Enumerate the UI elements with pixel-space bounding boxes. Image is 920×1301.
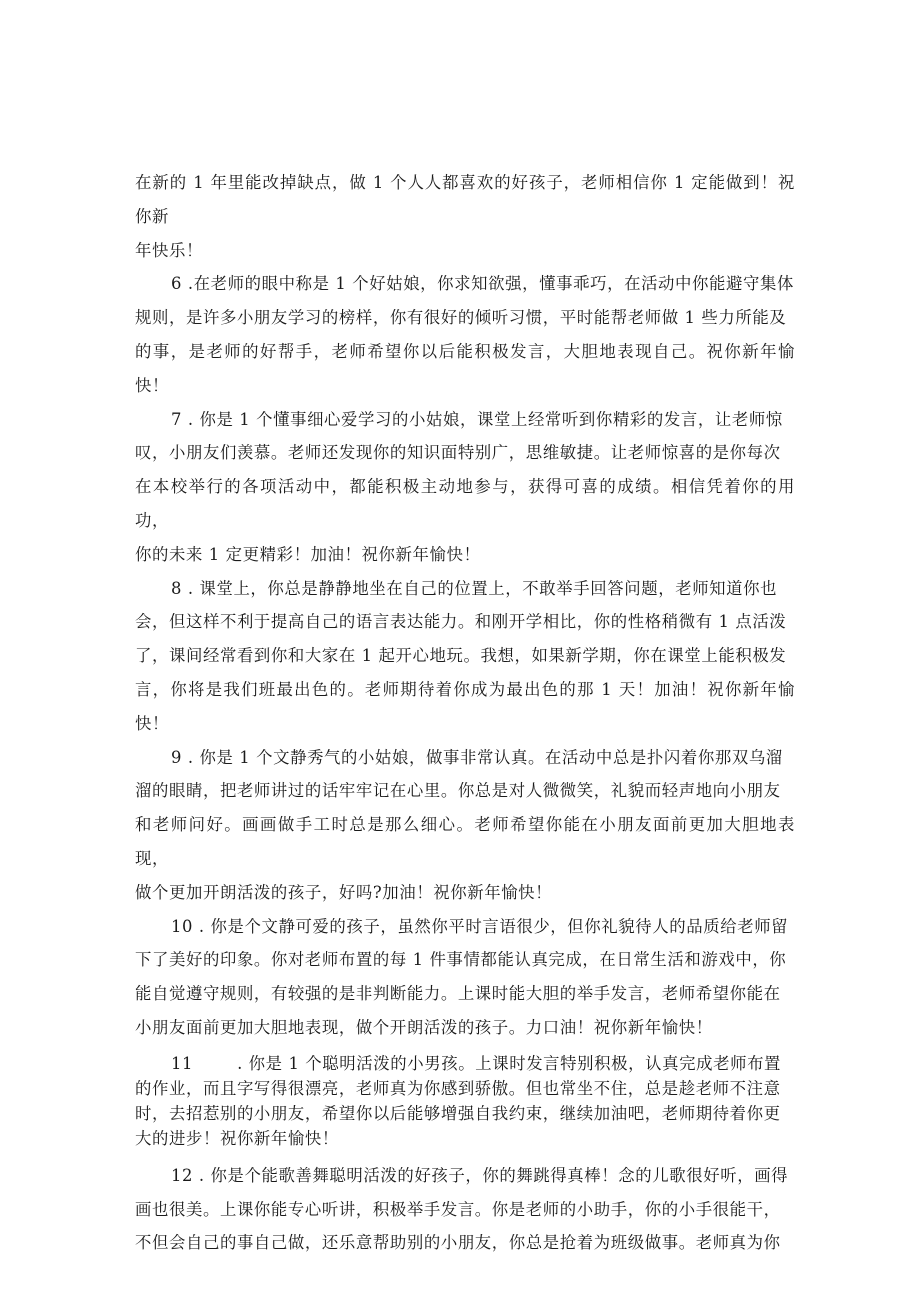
document-page: 在新的 1 年里能改掉缺点，做 1 个人人都喜欢的好孩子，老师相信你 1 定能做… bbox=[135, 166, 795, 1260]
item-number: 11 bbox=[171, 1054, 237, 1073]
text-line: 不但会自己的事自己做，还乐意帮助别的小朋友，你总是抢着为班级做事。老师真为你 bbox=[135, 1226, 795, 1260]
item-number: 6 bbox=[171, 274, 182, 293]
text-line: 下了美好的印象。你对老师布置的每 1 件事情都能认真完成，在日常生活和游戏中，你 bbox=[135, 943, 795, 977]
item-number: 12 bbox=[171, 1166, 193, 1185]
paragraph-item-12: 12 . 你是个能歌善舞聪明活泼的好孩子，你的舞跳得真棒！念的儿歌很好听，画得 … bbox=[135, 1159, 795, 1260]
paragraph-item-8: 8 . 课堂上，你总是静静地坐在自己的位置上，不敢举手回答问题，老师知道你也 会… bbox=[135, 572, 795, 741]
text-line: 叹，小朋友们羡慕。老师还发现你的知识面特别广，思维敏捷。让老师惊喜的是你每次 bbox=[135, 436, 795, 470]
text-line: 小朋友面前更加大胆地表现，做个开朗活泼的孩子。力口油！祝你新年愉快！ bbox=[135, 1011, 795, 1045]
text-line: . 课堂上，你总是静静地坐在自己的位置上，不敢举手回答问题，老师知道你也 bbox=[182, 579, 777, 598]
text-line: . 你是 1 个聪明活泼的小男孩。上课时发言特别积极，认真完成老师布置 bbox=[237, 1054, 781, 1073]
item-number: 9 bbox=[171, 748, 182, 767]
text-line: .在老师的眼中称是 1 个好姑娘，你求知欲强，懂事乖巧，在活动中你能避守集体 bbox=[182, 274, 794, 293]
item-number: 10 bbox=[171, 917, 193, 936]
text-line: 会，但这样不利于提高自己的语言表达能力。和刚开学相比，你的性格稍微有 1 点活泼 bbox=[135, 605, 795, 639]
item-number: 7 bbox=[171, 410, 182, 429]
paragraph-item-11: 11. 你是 1 个聪明活泼的小男孩。上课时发言特别积极，认真完成老师布置 的作… bbox=[135, 1051, 795, 1151]
text-line: 在本校举行的各项活动中，都能积极主动地参与，获得可喜的成绩。相信凭着你的用功， bbox=[135, 470, 795, 538]
paragraph-item-10: 10 . 你是个文静可爱的孩子，虽然你平时言语很少，但你礼貌待人的品质给老师留 … bbox=[135, 910, 795, 1045]
text-line: 了，课间经常看到你和大家在 1 起开心地玩。我想，如果新学期，你在课堂上能积极发 bbox=[135, 639, 795, 673]
text-line: . 你是个文静可爱的孩子，虽然你平时言语很少，但你礼貌待人的品质给老师留 bbox=[193, 917, 788, 936]
text-line: 你的未来 1 定更精彩！加油！祝你新年愉快！ bbox=[135, 538, 795, 572]
paragraph-item-9: 9 . 你是 1 个文静秀气的小姑娘，做事非常认真。在活动中总是扑闪着你那双乌溜… bbox=[135, 741, 795, 910]
text-line: 溜的眼睛，把老师讲过的话牢牢记在心里。你总是对人微微笑，礼貌而轻声地向小朋友 bbox=[135, 774, 795, 808]
text-line: . 你是个能歌善舞聪明活泼的好孩子，你的舞跳得真棒！念的儿歌很好听，画得 bbox=[193, 1166, 788, 1185]
text-line: 的作业，而且字写得很漂亮，老师真为你感到骄傲。但也常坐不住，总是趁老师不注意 bbox=[135, 1076, 795, 1101]
text-line: . 你是 1 个懂事细心爱学习的小姑娘，课堂上经常听到你精彩的发言，让老师惊 bbox=[182, 410, 783, 429]
text-line: 言，你将是我们班最出色的。老师期待着你成为最出色的那 1 天！加油！祝你新年愉快… bbox=[135, 673, 795, 741]
paragraph-continuation: 在新的 1 年里能改掉缺点，做 1 个人人都喜欢的好孩子，老师相信你 1 定能做… bbox=[135, 166, 795, 267]
text-line: 年快乐！ bbox=[135, 234, 795, 268]
text-line: 画也很美。上课你能专心听讲，积极举手发言。你是老师的小助手，你的小手很能干， bbox=[135, 1193, 795, 1227]
text-line: 在新的 1 年里能改掉缺点，做 1 个人人都喜欢的好孩子，老师相信你 1 定能做… bbox=[135, 166, 795, 234]
paragraph-item-7: 7 . 你是 1 个懂事细心爱学习的小姑娘，课堂上经常听到你精彩的发言，让老师惊… bbox=[135, 403, 795, 572]
text-line: 规则，是许多小朋友学习的榜样，你有很好的倾听习惯，平时能帮老师做 1 些力所能及 bbox=[135, 301, 795, 335]
paragraph-item-6: 6 .在老师的眼中称是 1 个好姑娘，你求知欲强，懂事乖巧，在活动中你能避守集体… bbox=[135, 267, 795, 402]
text-line: 大的进步！祝你新年愉快！ bbox=[135, 1126, 795, 1151]
text-line: 做个更加开朗活泼的孩子，好吗?加油！祝你新年愉快！ bbox=[135, 876, 795, 910]
text-line: . 你是 1 个文静秀气的小姑娘，做事非常认真。在活动中总是扑闪着你那双乌溜 bbox=[182, 748, 783, 767]
item-number: 8 bbox=[171, 579, 182, 598]
text-line: 能自觉遵守规则，有较强的是非判断能力。上课时能大胆的举手发言，老师希望你能在 bbox=[135, 977, 795, 1011]
text-line: 和老师问好。画画做手工时总是那么细心。老师希望你能在小朋友面前更加大胆地表现， bbox=[135, 808, 795, 876]
text-line: 的事，是老师的好帮手，老师希望你以后能积极发言，大胆地表现自己。祝你新年愉快！ bbox=[135, 335, 795, 403]
text-line: 时，去招惹别的小朋友，希望你以后能够增强自我约束，继续加油吧，老师期待着你更 bbox=[135, 1101, 795, 1126]
